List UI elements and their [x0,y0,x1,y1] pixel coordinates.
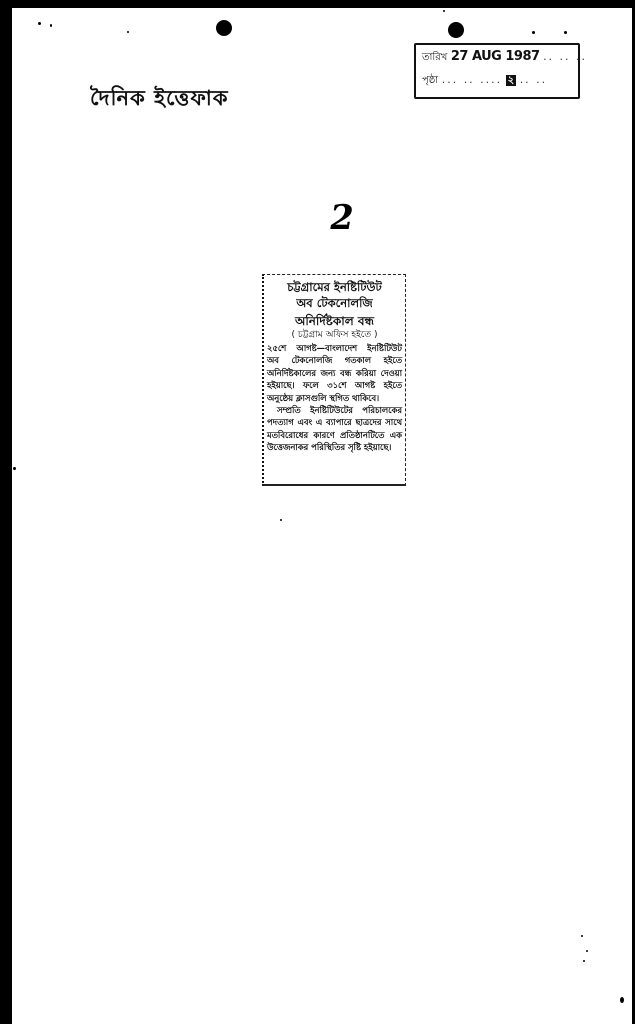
clipping-dateline: ( চট্টগ্রাম অফিস হইতে ) [267,329,402,341]
scan-speck [4,485,7,489]
scan-speck [586,950,588,952]
clipping-body: ২৫শে আগষ্ট—বাংলাদেশ ইনষ্টিটিউট অব টেকনোল… [267,342,402,454]
scan-speck [443,10,445,12]
stamp-page-label: পৃষ্ঠা [422,75,438,86]
scan-speck [4,435,8,439]
scan-speck [127,31,129,33]
clipping-headline-1: চট্টগ্রামের ইনষ্টিটিউট [267,279,402,295]
stamp-date-value: 27 AUG 1987 [451,49,540,64]
scan-border-left [0,0,12,1024]
scan-speck [581,935,583,937]
clipping-paragraph: ২৫শে আগষ্ট—বাংলাদেশ ইনষ্টিটিউট অব টেকনোল… [267,342,402,404]
stamp-date-row: তারিখ 27 AUG 1987 .. .. .. [422,49,587,67]
scan-speck [620,997,624,1003]
scan-speck [280,519,282,521]
stamp-dots: .. .. [520,73,547,86]
scanned-page [12,8,633,1024]
scan-speck [50,24,52,27]
stamp-page-row: পৃষ্ঠা ... .. .... ২ .. .. [422,73,547,90]
scan-border-top [0,0,635,8]
punch-hole-icon [216,20,232,36]
stamp-dots: .. .. .. [543,50,587,63]
scan-speck [532,31,535,34]
news-clipping: চট্টগ্রামের ইনষ্টিটিউট অব টেকনোলজি অনির্… [262,274,406,486]
clipping-headline-2: অব টেকনোলজি [267,295,402,311]
scan-speck [38,22,41,25]
scan-speck [13,467,16,470]
stamp-date-label: তারিখ [422,52,447,63]
clipping-paragraph: সম্প্রতি ইনষ্টিটিউটের পরিচালকের পদত্যাগ … [267,404,402,454]
date-stamp: তারিখ 27 AUG 1987 .. .. .. পৃষ্ঠা ... ..… [414,43,580,99]
clipping-subheadline: অনির্দিষ্টকাল বন্ধ [267,313,402,329]
punch-hole-icon [448,22,464,38]
stamp-dots: ... .. .... [442,73,502,86]
scan-speck [583,960,585,962]
scan-speck [564,31,567,34]
scan-speck [4,450,7,455]
stamp-page-value: ২ [506,75,517,86]
newspaper-name: দৈনিক ইত্তেফাক [90,82,229,117]
